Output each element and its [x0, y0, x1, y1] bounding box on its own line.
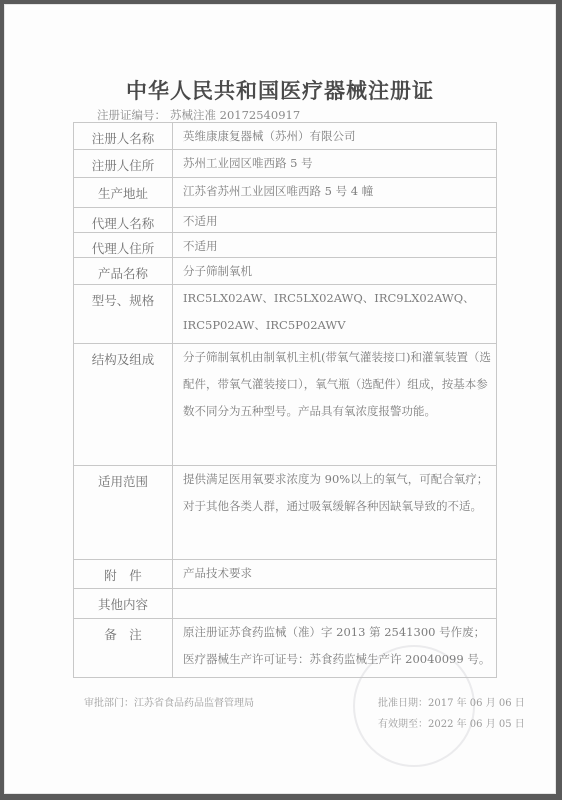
valid-until-value: 2022 年 06 月 05 日: [428, 719, 525, 730]
review-department: 审批部门：江苏省食品药品监督管理局: [84, 694, 254, 709]
registration-number-label: 注册证编号：: [97, 108, 166, 122]
document-title: 中华人民共和国医疗器械注册证: [5, 75, 555, 105]
row-value: 苏州工业园区唯西路 5 号: [173, 150, 497, 178]
row-label: 生产地址: [74, 178, 173, 208]
row-value: 分子筛制氧机: [173, 258, 497, 285]
valid-until-label: 有效期至：: [378, 719, 428, 730]
table-row: 产品名称分子筛制氧机: [74, 258, 497, 285]
row-value: 产品技术要求: [173, 560, 497, 589]
table-row: 注册人住所苏州工业园区唯西路 5 号: [74, 150, 497, 178]
approval-date-value: 2017 年 06 月 06 日: [428, 698, 525, 709]
table-row: 适用范围提供满足医用氧要求浓度为 90%以上的氧气，可配合氧疗；对于其他各类人群…: [74, 466, 497, 560]
approval-date-label: 批准日期：: [378, 698, 428, 709]
row-label: 结构及组成: [74, 344, 173, 466]
row-label: 产品名称: [74, 258, 173, 285]
valid-until: 有效期至：2022 年 06 月 05 日: [378, 715, 525, 730]
table-row: 注册人名称英维康康复器械（苏州）有限公司: [74, 123, 497, 150]
review-department-label: 审批部门：: [84, 698, 134, 709]
row-label: 注册人名称: [74, 123, 173, 150]
table-row: 代理人住所不适用: [74, 233, 497, 258]
table-row: 型号、规格IRC5LX02AW、IRC5LX02AWQ、IRC9LX02AWQ、…: [74, 285, 497, 344]
row-label: 代理人住所: [74, 233, 173, 258]
table-row: 结构及组成分子筛制氧机由制氧机主机(带氧气灌装接口)和灌氧装置（选配件，带氧气灌…: [74, 344, 497, 466]
row-label: 适用范围: [74, 466, 173, 560]
row-label: 型号、规格: [74, 285, 173, 344]
table-row: 附 件产品技术要求: [74, 560, 497, 589]
row-label: 其他内容: [74, 589, 173, 619]
registration-number-value: 苏械注准 20172540917: [170, 108, 300, 122]
review-department-value: 江苏省食品药品监督管理局: [134, 698, 254, 709]
row-label: 附 件: [74, 560, 173, 589]
registration-number: 注册证编号：苏械注准 20172540917: [97, 107, 304, 123]
certificate-table: 注册人名称英维康康复器械（苏州）有限公司 注册人住所苏州工业园区唯西路 5 号 …: [73, 122, 497, 678]
row-value: 不适用: [173, 208, 497, 233]
table-row: 其他内容: [74, 589, 497, 619]
table-row: 备 注原注册证苏食药监械（准）字 2013 第 2541300 号作废；医疗器械…: [74, 619, 497, 678]
table-row: 生产地址江苏省苏州工业园区唯西路 5 号 4 幢: [74, 178, 497, 208]
approval-date: 批准日期：2017 年 06 月 06 日: [378, 694, 525, 709]
row-value: 提供满足医用氧要求浓度为 90%以上的氧气，可配合氧疗；对于其他各类人群，通过吸…: [173, 466, 497, 560]
row-value: 原注册证苏食药监械（准）字 2013 第 2541300 号作废；医疗器械生产许…: [173, 619, 497, 678]
table-row: 代理人名称不适用: [74, 208, 497, 233]
row-label: 代理人名称: [74, 208, 173, 233]
row-label: 备 注: [74, 619, 173, 678]
row-value: 英维康康复器械（苏州）有限公司: [173, 123, 497, 150]
row-value: 分子筛制氧机由制氧机主机(带氧气灌装接口)和灌氧装置（选配件，带氧气灌装接口），…: [173, 344, 497, 466]
row-value: IRC5LX02AW、IRC5LX02AWQ、IRC9LX02AWQ、IRC5P…: [173, 285, 497, 344]
row-value: 江苏省苏州工业园区唯西路 5 号 4 幢: [173, 178, 497, 208]
row-value: [173, 589, 497, 619]
row-label: 注册人住所: [74, 150, 173, 178]
row-value: 不适用: [173, 233, 497, 258]
